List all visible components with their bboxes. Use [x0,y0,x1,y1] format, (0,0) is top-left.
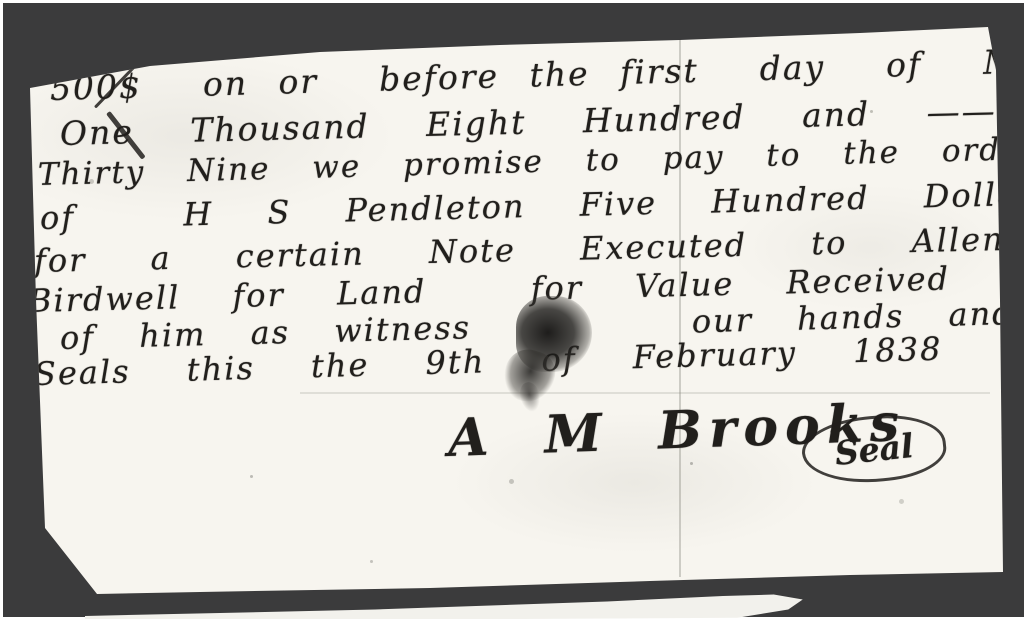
scanned-document-image: 500$ on or before the first day of March… [0,0,1024,619]
paper-sheet: 500$ on or before the first day of March… [0,0,1024,619]
seal-label: Seal [833,425,915,472]
